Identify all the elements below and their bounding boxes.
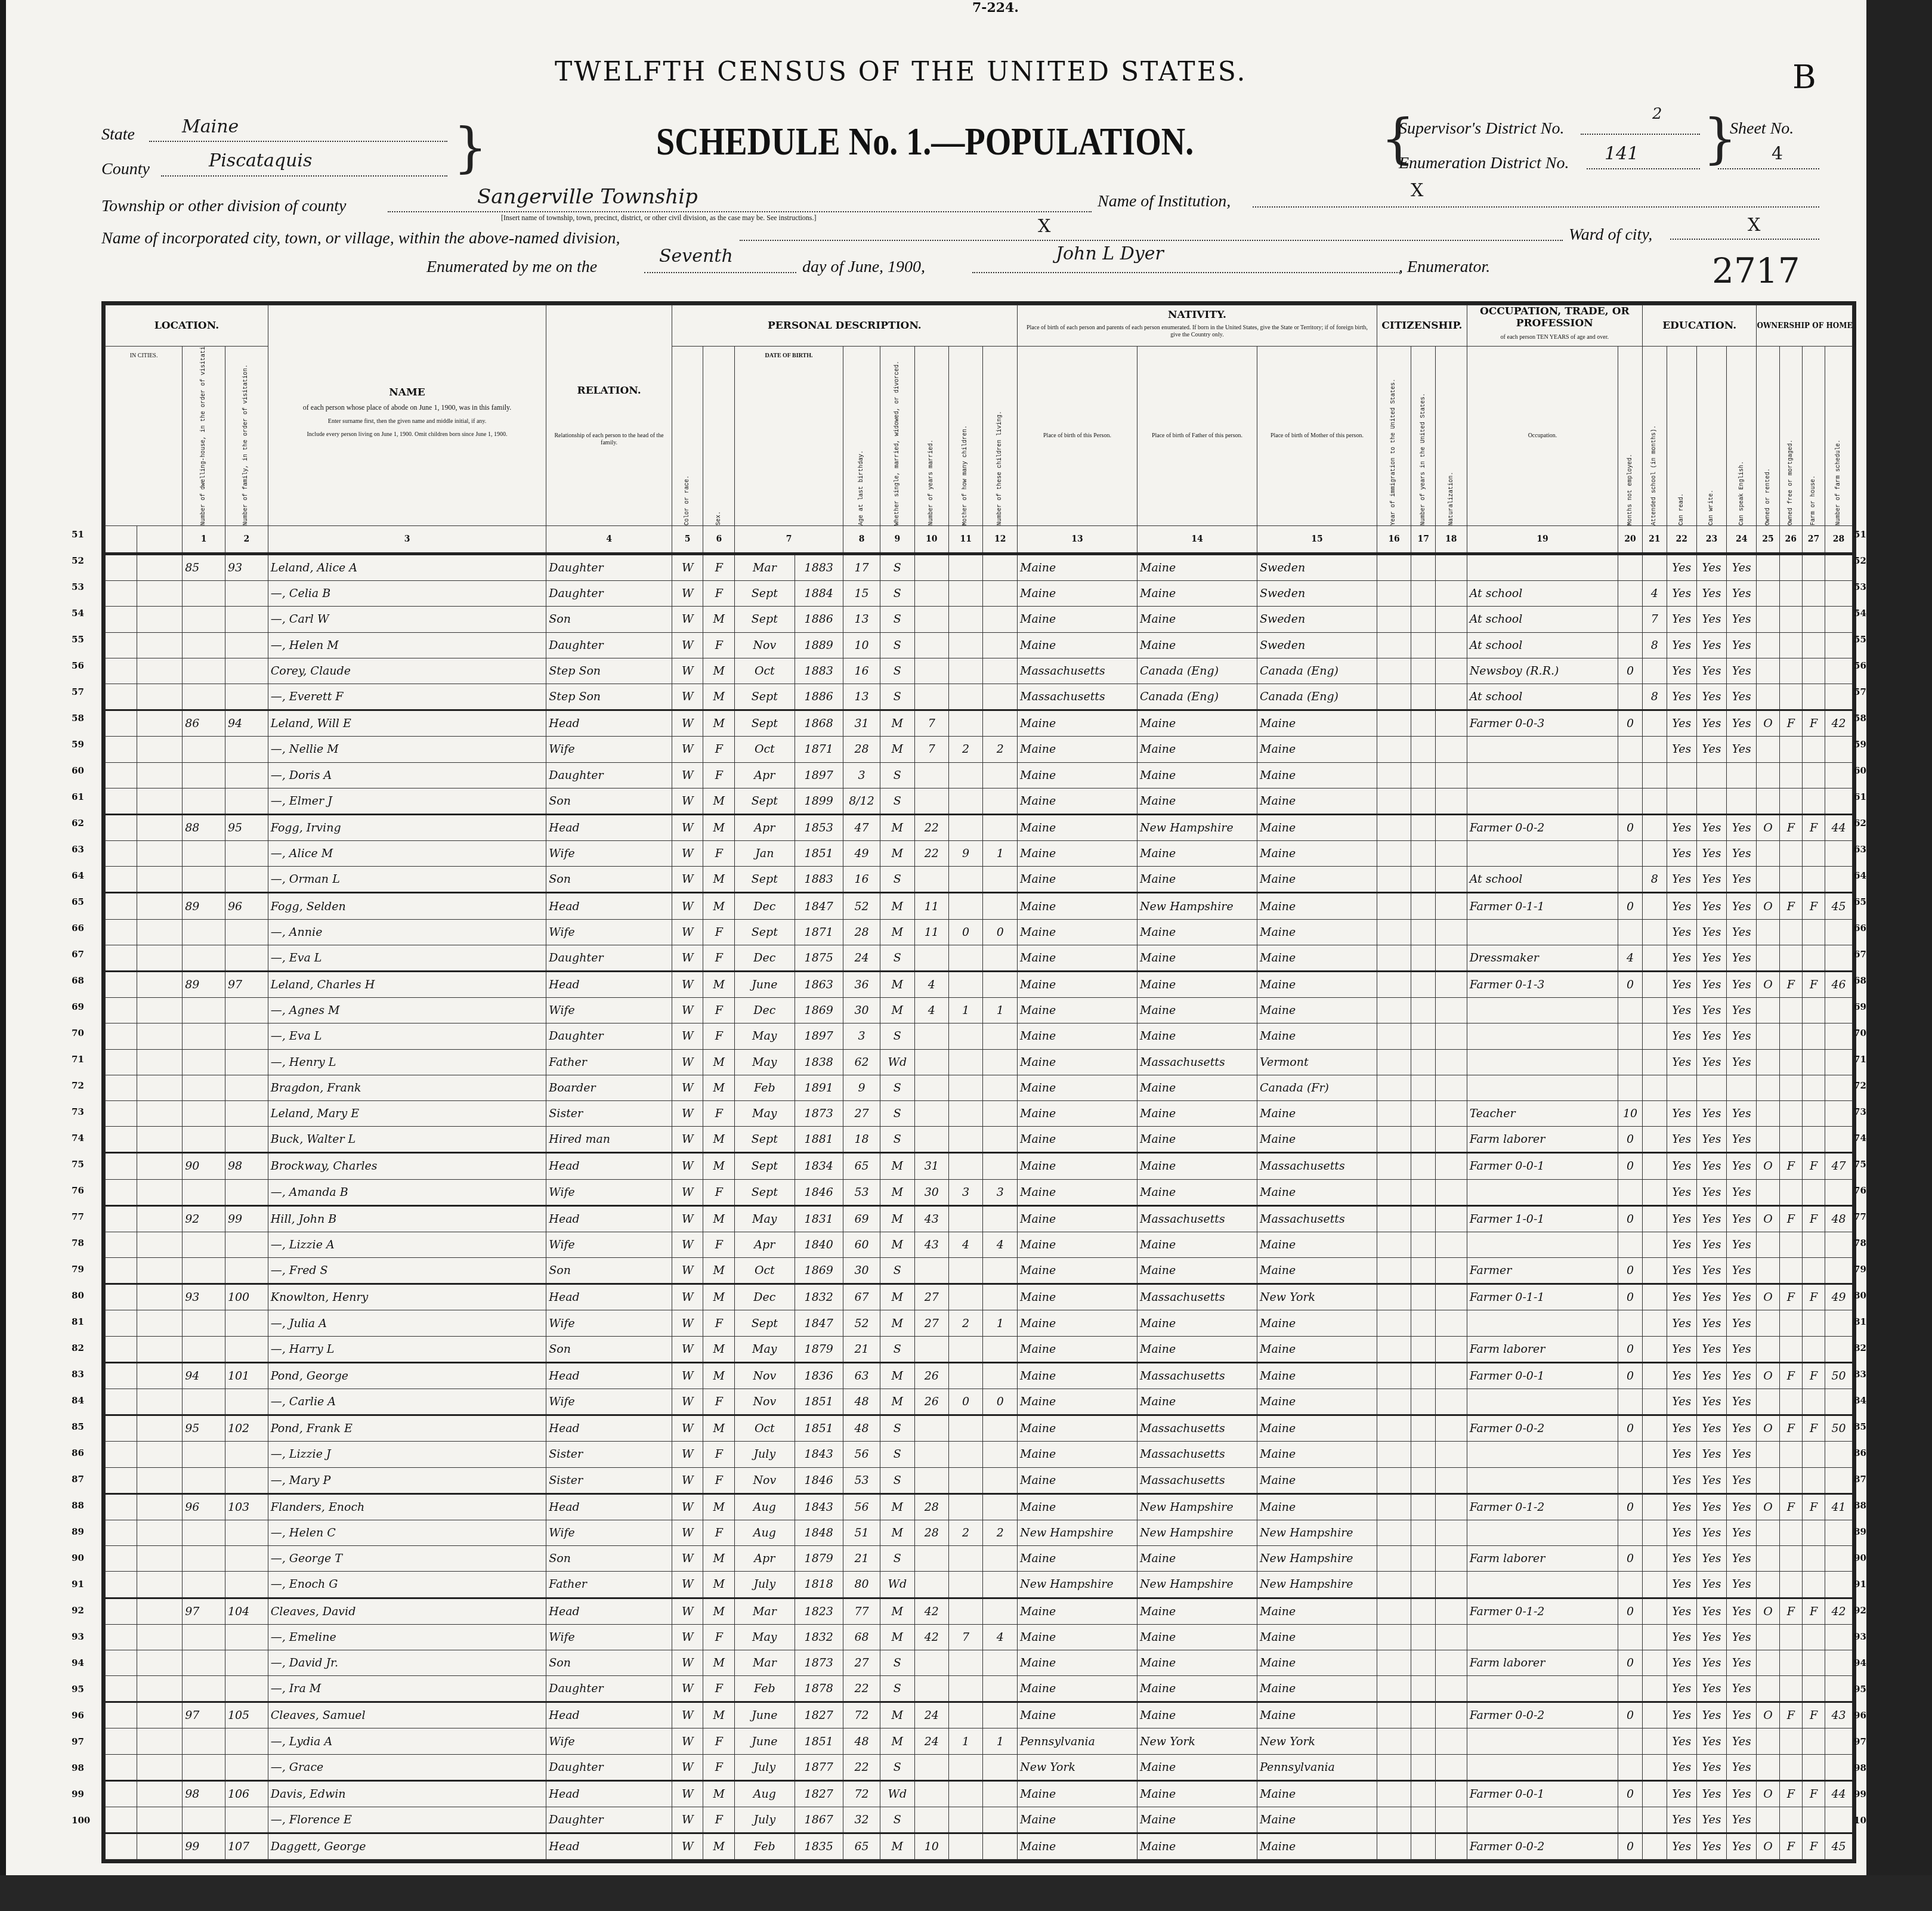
family-number-cell: [225, 841, 268, 867]
column-number: 23: [1696, 526, 1726, 554]
owned-rented-cell: [1757, 1179, 1779, 1205]
months-unemployed-cell: [1618, 554, 1643, 581]
dwelling-number-cell: [183, 1807, 225, 1833]
sex-cell: M: [703, 1493, 735, 1520]
years-married-cell: [914, 762, 948, 788]
months-unemployed-cell: [1618, 867, 1643, 893]
birth-year-cell: 1897: [795, 1023, 843, 1049]
sex-cell: F: [703, 737, 735, 762]
nativity-header: NATIVITY. Place of birth of each person …: [1018, 305, 1377, 347]
children-living-cell: [983, 1572, 1018, 1598]
mother-of-cell: [948, 867, 982, 893]
years-in-us-cell: [1411, 658, 1436, 684]
mother-of-cell: [948, 1100, 982, 1126]
birth-month-cell: Nov: [735, 632, 795, 658]
can-read-cell: Yes: [1667, 1467, 1696, 1493]
street-cell: [106, 1702, 137, 1728]
age-cell: 63: [843, 1362, 880, 1389]
person-name-cell: —, Helen M: [268, 632, 546, 658]
mother-of-cell: 9: [948, 841, 982, 867]
farm-schedule-cell: [1825, 1127, 1853, 1153]
farm-house-cell: [1802, 1049, 1825, 1075]
years-married-cell: 4: [914, 972, 948, 998]
owned-free-cell: [1779, 788, 1802, 814]
marital-status-cell: S: [880, 1807, 914, 1833]
farm-schedule-cell: 44: [1825, 1780, 1853, 1807]
years-in-us-cell: [1411, 1127, 1436, 1153]
mother-birthplace-cell: Maine: [1257, 919, 1377, 945]
months-unemployed-cell: 0: [1618, 893, 1643, 919]
column-number: 24: [1727, 526, 1757, 554]
years-in-us-cell: [1411, 554, 1436, 581]
age-cell: 17: [843, 554, 880, 581]
years-married-cell: 22: [914, 814, 948, 840]
color-cell: W: [672, 554, 703, 581]
can-read-cell: Yes: [1667, 1442, 1696, 1467]
line-number: 92: [72, 1605, 84, 1616]
mother-birthplace-cell: Maine: [1257, 1232, 1377, 1257]
mother-of-cell: [948, 945, 982, 971]
father-birthplace-cell: Maine: [1137, 1676, 1257, 1702]
farm-house-cell: [1802, 1179, 1825, 1205]
line-number: 57: [1854, 687, 1866, 697]
dwelling-number-cell: 95: [183, 1415, 225, 1442]
color-cell: W: [672, 607, 703, 632]
birth-year-cell: 1823: [795, 1598, 843, 1624]
mother-of-cell: [948, 658, 982, 684]
relation-cell: Head: [546, 893, 672, 919]
age-cell: 67: [843, 1284, 880, 1310]
marital-status-cell: S: [880, 1546, 914, 1572]
years-married-cell: [914, 1415, 948, 1442]
house-number-cell: [137, 1023, 183, 1049]
street-cell: [106, 841, 137, 867]
occupation-cell: [1467, 1049, 1618, 1075]
marital-status-cell: S: [880, 1415, 914, 1442]
owned-rented-cell: [1757, 788, 1779, 814]
owned-free-cell: [1779, 1336, 1802, 1362]
occupation-cell: Farmer 0-1-3: [1467, 972, 1618, 998]
can-write-cell: Yes: [1696, 1493, 1726, 1520]
street-cell: [106, 737, 137, 762]
owned-free-cell: [1779, 1467, 1802, 1493]
age-cell: 13: [843, 684, 880, 710]
house-number-cell: [137, 1624, 183, 1650]
father-birthplace-cell: Maine: [1137, 1780, 1257, 1807]
owned-rented-cell: [1757, 1049, 1779, 1075]
line-number: 75: [1854, 1159, 1866, 1170]
color-header: Color or race.: [672, 347, 703, 526]
dwelling-number-cell: [183, 841, 225, 867]
house-number-cell: [137, 1650, 183, 1675]
sex-cell: M: [703, 607, 735, 632]
can-read-cell: Yes: [1667, 919, 1696, 945]
house-number-cell: [137, 1467, 183, 1493]
dwelling-number-cell: [183, 1389, 225, 1415]
farm-schedule-cell: [1825, 658, 1853, 684]
column-number: 15: [1257, 526, 1377, 554]
table-row: Leland, Mary ESisterWFMay187327SMaineMai…: [106, 1100, 1853, 1126]
marital-status-cell: S: [880, 632, 914, 658]
relation-cell: Son: [546, 788, 672, 814]
age-cell: 13: [843, 607, 880, 632]
can-read-cell: [1667, 788, 1696, 814]
can-write-cell: Yes: [1696, 1546, 1726, 1572]
person-name-cell: Corey, Claude: [268, 658, 546, 684]
father-birthplace-cell: Maine: [1137, 1336, 1257, 1362]
can-write-cell: Yes: [1696, 893, 1726, 919]
can-write-cell: Yes: [1696, 737, 1726, 762]
children-living-cell: [983, 814, 1018, 840]
city-value: X: [1038, 216, 1050, 237]
relation-cell: Daughter: [546, 1754, 672, 1780]
street-cell: [106, 1728, 137, 1754]
family-number-cell: [225, 1075, 268, 1100]
mother-birthplace-cell: Maine: [1257, 1598, 1377, 1624]
years-married-cell: [914, 658, 948, 684]
birth-month-cell: May: [735, 1205, 795, 1232]
can-write-cell: Yes: [1696, 1572, 1726, 1598]
birth-month-cell: May: [735, 1023, 795, 1049]
farm-schedule-cell: 45: [1825, 1833, 1853, 1860]
naturalization-cell: [1436, 1205, 1467, 1232]
sex-cell: F: [703, 1676, 735, 1702]
family-number-cell: [225, 1728, 268, 1754]
age-cell: 22: [843, 1754, 880, 1780]
age-cell: 48: [843, 1389, 880, 1415]
months-unemployed-cell: [1618, 607, 1643, 632]
immigration-year-cell: [1377, 998, 1411, 1023]
can-speak-english-cell: Yes: [1727, 1780, 1757, 1807]
farm-schedule-cell: [1825, 1232, 1853, 1257]
years-married-cell: [914, 581, 948, 607]
color-cell: W: [672, 893, 703, 919]
children-living-cell: [983, 632, 1018, 658]
person-name-cell: —, Annie: [268, 919, 546, 945]
immigration-year-cell: [1377, 893, 1411, 919]
house-number-cell: [137, 998, 183, 1023]
mother-birthplace-cell: Maine: [1257, 1807, 1377, 1833]
years-in-us-cell: [1411, 1546, 1436, 1572]
months-unemployed-cell: [1618, 1676, 1643, 1702]
occupation-cell: [1467, 1754, 1618, 1780]
farm-house-cell: [1802, 1023, 1825, 1049]
birth-month-cell: July: [735, 1754, 795, 1780]
owned-free-cell: [1779, 1389, 1802, 1415]
can-read-cell: Yes: [1667, 1520, 1696, 1545]
name-header-note2: Include every person living on June 1, 1…: [272, 431, 543, 438]
mother-of-cell: [948, 893, 982, 919]
can-read-header: Can read.: [1667, 347, 1696, 526]
years-married-cell: 24: [914, 1728, 948, 1754]
county-label: County: [101, 160, 150, 179]
birthplace-cell: Maine: [1018, 1493, 1137, 1520]
mother-birthplace-cell: Sweden: [1257, 581, 1377, 607]
line-number: 93: [1854, 1631, 1866, 1642]
father-birthplace-cell: New Hampshire: [1137, 1572, 1257, 1598]
house-number-cell: [137, 1442, 183, 1467]
father-birthplace-cell: Massachusetts: [1137, 1284, 1257, 1310]
owned-free-cell: [1779, 1572, 1802, 1598]
dwelling-number-cell: [183, 1232, 225, 1257]
can-speak-english-cell: Yes: [1727, 554, 1757, 581]
relation-cell: Son: [546, 1650, 672, 1675]
dwelling-number-cell: [183, 1520, 225, 1545]
years-in-us-cell: [1411, 1100, 1436, 1126]
line-number: 54: [1854, 608, 1866, 619]
line-number: 84: [1854, 1395, 1866, 1406]
age-cell: 47: [843, 814, 880, 840]
years-in-us-cell: [1411, 1258, 1436, 1284]
can-write-cell: Yes: [1696, 554, 1726, 581]
father-birthplace-cell: Maine: [1137, 919, 1257, 945]
farm-house-cell: [1802, 788, 1825, 814]
family-number-cell: [225, 1546, 268, 1572]
line-number: 63: [72, 844, 84, 855]
can-write-cell: Yes: [1696, 945, 1726, 971]
marital-status-cell: M: [880, 814, 914, 840]
children-living-cell: [983, 1415, 1018, 1442]
naturalization-cell: [1436, 919, 1467, 945]
owned-free-cell: F: [1779, 1780, 1802, 1807]
naturalization-cell: [1436, 945, 1467, 971]
immigration-year-cell: [1377, 554, 1411, 581]
birthplace-cell: Maine: [1018, 1284, 1137, 1310]
birthplace-cell: Maine: [1018, 554, 1137, 581]
father-birthplace-cell: Canada (Eng): [1137, 684, 1257, 710]
person-name-cell: —, Elmer J: [268, 788, 546, 814]
sex-cell: F: [703, 1389, 735, 1415]
can-speak-english-cell: [1727, 788, 1757, 814]
dwelling-number-cell: 86: [183, 710, 225, 737]
name-header: NAME of each person whose place of abode…: [268, 305, 546, 526]
location-header: LOCATION.: [106, 305, 268, 347]
attended-school-cell: [1642, 1493, 1667, 1520]
house-number-cell: [137, 972, 183, 998]
age-cell: 16: [843, 658, 880, 684]
attended-school-cell: [1642, 972, 1667, 998]
farm-schedule-cell: [1825, 632, 1853, 658]
township-line: [388, 211, 1092, 212]
immigration-year-cell: [1377, 1389, 1411, 1415]
line-number: 83: [1854, 1369, 1866, 1380]
months-unemployed-cell: [1618, 1624, 1643, 1650]
table-body: 1234567891011121314151617181920212223242…: [106, 526, 1853, 1860]
age-cell: 32: [843, 1807, 880, 1833]
birthplace-cell: Maine: [1018, 1389, 1137, 1415]
education-header: EDUCATION.: [1642, 305, 1756, 347]
years-us-header: Number of years in the United States.: [1411, 347, 1436, 526]
can-write-cell: Yes: [1696, 658, 1726, 684]
line-number: 55: [72, 634, 84, 645]
street-cell: [106, 762, 137, 788]
family-number-cell: [225, 581, 268, 607]
person-name-cell: Leland, Mary E: [268, 1100, 546, 1126]
birthplace-cell: Maine: [1018, 1179, 1137, 1205]
marital-status-cell: M: [880, 1624, 914, 1650]
years-married-cell: 22: [914, 841, 948, 867]
sex-cell: M: [703, 1415, 735, 1442]
owned-free-cell: [1779, 1520, 1802, 1545]
dwelling-number-cell: [183, 1442, 225, 1467]
table-row: —, Fred SSonWMOct186930SMaineMaineMaineF…: [106, 1258, 1853, 1284]
farm-house-cell: [1802, 1075, 1825, 1100]
color-cell: W: [672, 1258, 703, 1284]
line-number: 79: [72, 1264, 84, 1275]
owned-rented-cell: O: [1757, 1205, 1779, 1232]
can-speak-english-cell: Yes: [1727, 581, 1757, 607]
line-number: 89: [72, 1526, 84, 1537]
children-living-cell: [983, 1598, 1018, 1624]
farm-house-cell: [1802, 1100, 1825, 1126]
street-cell: [106, 1127, 137, 1153]
attended-school-cell: [1642, 1205, 1667, 1232]
line-number: 95: [1854, 1684, 1866, 1694]
birth-month-cell: Sept: [735, 788, 795, 814]
can-read-cell: Yes: [1667, 1493, 1696, 1520]
table-row: —, Lydia AWifeWFJune185148M2411Pennsylva…: [106, 1728, 1853, 1754]
occupation-cell: At school: [1467, 607, 1618, 632]
birth-year-cell: 1832: [795, 1624, 843, 1650]
can-speak-english-cell: Yes: [1727, 972, 1757, 998]
owned-free-header: Owned free or mortgaged.: [1779, 347, 1802, 526]
naturalization-cell: [1436, 1336, 1467, 1362]
occupation-cell: Farmer 0-0-1: [1467, 1362, 1618, 1389]
relation-cell: Head: [546, 1284, 672, 1310]
age-cell: 30: [843, 1258, 880, 1284]
can-write-cell: Yes: [1696, 1676, 1726, 1702]
dwelling-number-cell: [183, 1336, 225, 1362]
street-cell: [106, 1442, 137, 1467]
birth-year-cell: 1851: [795, 841, 843, 867]
color-cell: W: [672, 1467, 703, 1493]
house-number-cell: [137, 945, 183, 971]
house-number-cell: [137, 1284, 183, 1310]
birth-month-cell: May: [735, 1624, 795, 1650]
owned-rented-cell: O: [1757, 1493, 1779, 1520]
birth-year-cell: 1851: [795, 1389, 843, 1415]
marital-status-cell: M: [880, 841, 914, 867]
attended-school-cell: [1642, 1100, 1667, 1126]
line-number: 71: [1854, 1054, 1866, 1065]
naturalization-cell: [1436, 1284, 1467, 1310]
mother-birthplace-cell: Maine: [1257, 1624, 1377, 1650]
years-married-cell: 42: [914, 1624, 948, 1650]
birth-month-cell: Sept: [735, 710, 795, 737]
naturalization-cell: [1436, 1833, 1467, 1860]
mother-of-cell: [948, 1807, 982, 1833]
person-name-cell: Flanders, Enoch: [268, 1493, 546, 1520]
father-birthplace-cell: Maine: [1137, 1702, 1257, 1728]
owned-rented-cell: [1757, 658, 1779, 684]
owned-rented-cell: [1757, 1624, 1779, 1650]
naturalization-cell: [1436, 1362, 1467, 1389]
street-cell: [106, 1624, 137, 1650]
father-birthplace-cell: Massachusetts: [1137, 1442, 1257, 1467]
house-number-cell: [137, 1833, 183, 1860]
birth-year-cell: 1884: [795, 581, 843, 607]
farm-house-cell: [1802, 1520, 1825, 1545]
family-number-cell: [225, 737, 268, 762]
color-cell: W: [672, 1179, 703, 1205]
family-number-cell: [225, 1389, 268, 1415]
can-speak-english-cell: Yes: [1727, 1598, 1757, 1624]
family-number-cell: 97: [225, 972, 268, 998]
farm-schedule-cell: [1825, 1310, 1853, 1336]
farm-house-header: Farm or house.: [1802, 347, 1825, 526]
line-number: 84: [72, 1395, 84, 1406]
township-value: Sangerville Township: [477, 185, 698, 209]
age-cell: 8/12: [843, 788, 880, 814]
birthplace-cell: Maine: [1018, 1205, 1137, 1232]
farm-schedule-cell: [1825, 1728, 1853, 1754]
sex-cell: F: [703, 1442, 735, 1467]
age-cell: 62: [843, 1049, 880, 1075]
naturalization-cell: [1436, 1023, 1467, 1049]
age-cell: 21: [843, 1336, 880, 1362]
father-birthplace-cell: Maine: [1137, 1153, 1257, 1179]
children-living-cell: [983, 1336, 1018, 1362]
birth-year-cell: 1881: [795, 1127, 843, 1153]
relation-cell: Wife: [546, 1389, 672, 1415]
dwelling-number-cell: [183, 867, 225, 893]
years-married-cell: [914, 1127, 948, 1153]
naturalization-cell: [1436, 1650, 1467, 1675]
can-speak-english-cell: Yes: [1727, 1362, 1757, 1389]
can-write-cell: Yes: [1696, 1833, 1726, 1860]
mother-birthplace-cell: Maine: [1257, 1442, 1377, 1467]
table-row: 94101Pond, GeorgeHeadWMNov183663M26Maine…: [106, 1362, 1853, 1389]
person-name-cell: —, Doris A: [268, 762, 546, 788]
color-cell: W: [672, 632, 703, 658]
house-number-cell: [137, 893, 183, 919]
person-name-cell: —, Henry L: [268, 1049, 546, 1075]
color-cell: W: [672, 867, 703, 893]
institution-value: X: [1411, 180, 1423, 201]
person-name-cell: Fogg, Selden: [268, 893, 546, 919]
years-married-cell: [914, 1780, 948, 1807]
birth-year-cell: 1877: [795, 1754, 843, 1780]
occupation-cell: [1467, 841, 1618, 867]
brace: }: [453, 116, 487, 179]
farm-schedule-cell: [1825, 1676, 1853, 1702]
dwelling-number-cell: [183, 632, 225, 658]
years-in-us-cell: [1411, 1624, 1436, 1650]
children-living-cell: 2: [983, 1520, 1018, 1545]
color-cell: W: [672, 1807, 703, 1833]
birth-year-cell: 1873: [795, 1650, 843, 1675]
line-number: 64: [1854, 870, 1866, 881]
color-cell: W: [672, 1310, 703, 1336]
farm-house-cell: [1802, 1624, 1825, 1650]
house-number-cell: [137, 788, 183, 814]
birthplace-cell: Maine: [1018, 1336, 1137, 1362]
years-married-cell: 10: [914, 1833, 948, 1860]
mother-birthplace-cell: Maine: [1257, 1833, 1377, 1860]
months-unemployed-cell: [1618, 632, 1643, 658]
person-name-cell: —, Fred S: [268, 1258, 546, 1284]
owned-rented-cell: [1757, 1075, 1779, 1100]
occupation-cell: At school: [1467, 684, 1618, 710]
sheet-value: 4: [1772, 143, 1783, 164]
mother-birthplace-cell: Maine: [1257, 1676, 1377, 1702]
immigration-year-cell: [1377, 1520, 1411, 1545]
marital-status-cell: S: [880, 658, 914, 684]
person-name-cell: Leland, Alice A: [268, 554, 546, 581]
birthplace-cell: Maine: [1018, 1153, 1137, 1179]
relation-cell: Head: [546, 1362, 672, 1389]
sex-cell: M: [703, 1336, 735, 1362]
